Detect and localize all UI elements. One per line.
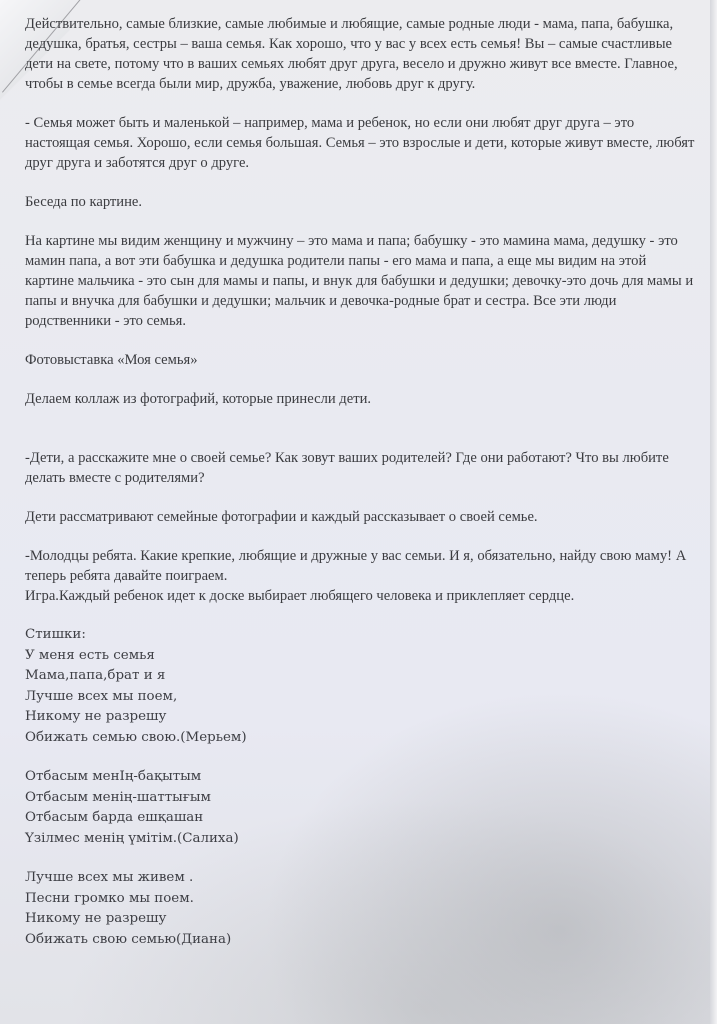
- paragraph-collage: Делаем коллаж из фотографий, которые при…: [25, 389, 697, 409]
- paper-edge: [710, 0, 717, 1024]
- poem-line: Никому не разрешу: [25, 909, 697, 930]
- poem-line: У меня есть семья: [25, 646, 697, 667]
- paragraph-intro: Действительно, самые близкие, самые люби…: [25, 14, 697, 94]
- poem-line: Обижать свою семью(Диана): [25, 930, 697, 951]
- spacer: [25, 428, 697, 448]
- paragraph-children-look: Дети рассматривают семейные фотографии и…: [25, 507, 697, 527]
- document-body: Действительно, самые близкие, самые люби…: [25, 14, 697, 969]
- paragraph-praise: -Молодцы ребята. Какие крепкие, любящие …: [25, 546, 697, 586]
- poem-line: Отбасым менІң-бақытым: [25, 767, 697, 788]
- poem-line: Үзілмес менің үмітім.(Салиха): [25, 829, 697, 850]
- poem-salikha: Отбасым менІң-бақытым Отбасым менің-шатт…: [25, 767, 697, 849]
- poem-meryem: Стишки: У меня есть семья Мама,папа,брат…: [25, 625, 697, 748]
- paragraph-small-family: - Семья может быть и маленькой – наприме…: [25, 113, 697, 173]
- poem-line: Отбасым менің-шаттығым: [25, 788, 697, 809]
- poem-heading: Стишки:: [25, 625, 697, 646]
- poem-line: Песни громко мы поем.: [25, 889, 697, 910]
- poem-line: Обижать семью свою.(Мерьем): [25, 728, 697, 749]
- poem-line: Отбасым барда ешқашан: [25, 808, 697, 829]
- poem-diana: Лучше всех мы живем . Песни громко мы по…: [25, 868, 697, 950]
- poem-line: Лучше всех мы поем,: [25, 687, 697, 708]
- poem-line: Лучше всех мы живем .: [25, 868, 697, 889]
- poem-line: Никому не разрешу: [25, 707, 697, 728]
- poem-line: Мама,папа,брат и я: [25, 666, 697, 687]
- heading-picture-talk: Беседа по картине.: [25, 192, 697, 212]
- paragraph-question: -Дети, а расскажите мне о своей семье? К…: [25, 448, 697, 488]
- paragraph-picture-talk: На картине мы видим женщину и мужчину – …: [25, 231, 697, 331]
- heading-photo-exhibit: Фотовыставка «Моя семья»: [25, 350, 697, 370]
- paragraph-game: Игра.Каждый ребенок идет к доске выбирае…: [25, 586, 697, 606]
